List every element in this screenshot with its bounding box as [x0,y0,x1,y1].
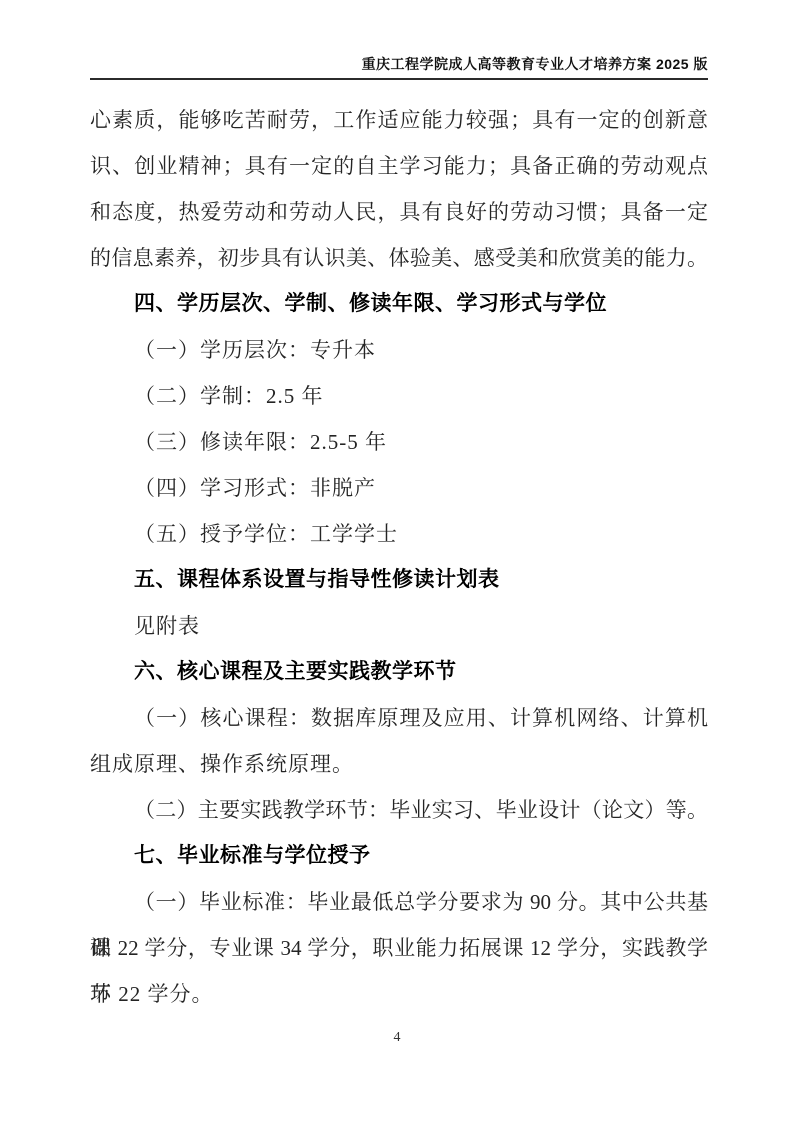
section-heading-4: 四、学历层次、学制、修读年限、学习形式与学位 [90,281,708,327]
paragraph-line: （一）毕业标准：毕业最低总学分要求为 90 分。其中公共基础 [90,879,708,925]
page-number: 4 [0,1026,794,1050]
section-heading-5: 五、课程体系设置与指导性修读计划表 [90,557,708,603]
paragraph-line: 的信息素养，初步具有认识美、体验美、感受美和欣赏美的能力。 [90,235,708,281]
paragraph-line: 课 22 学分，专业课 34 学分，职业能力拓展课 12 学分，实践教学环 [90,925,708,971]
paragraph-line: （一）核心课程：数据库原理及应用、计算机网络、计算机 [90,695,708,741]
list-item-study-period: （三）修读年限：2.5-5 年 [90,419,708,465]
paragraph-line: 心素质，能够吃苦耐劳，工作适应能力较强；具有一定的创新意 [90,97,708,143]
paragraph-line: 节 22 学分。 [90,971,708,1017]
document-page: 重庆工程学院成人高等教育专业人才培养方案 2025 版 心素质，能够吃苦耐劳，工… [0,0,794,1122]
list-item-degree-awarded: （五）授予学位：工学学士 [90,511,708,557]
section-heading-6: 六、核心课程及主要实践教学环节 [90,649,708,695]
list-item-degree-level: （一）学历层次：专升本 [90,327,708,373]
paragraph-line: 组成原理、操作系统原理。 [90,741,708,787]
paragraph-line: （二）主要实践教学环节：毕业实习、毕业设计（论文）等。 [90,787,708,833]
note-see-appendix: 见附表 [90,603,708,649]
section-heading-7: 七、毕业标准与学位授予 [90,833,708,879]
page-header: 重庆工程学院成人高等教育专业人才培养方案 2025 版 [90,55,708,80]
list-item-study-form: （四）学习形式：非脱产 [90,465,708,511]
paragraph-line: 识、创业精神；具有一定的自主学习能力；具备正确的劳动观点 [90,143,708,189]
list-item-schooling-length: （二）学制：2.5 年 [90,373,708,419]
document-body: 心素质，能够吃苦耐劳，工作适应能力较强；具有一定的创新意 识、创业精神；具有一定… [90,97,708,1017]
paragraph-line: 和态度，热爱劳动和劳动人民，具有良好的劳动习惯；具备一定 [90,189,708,235]
